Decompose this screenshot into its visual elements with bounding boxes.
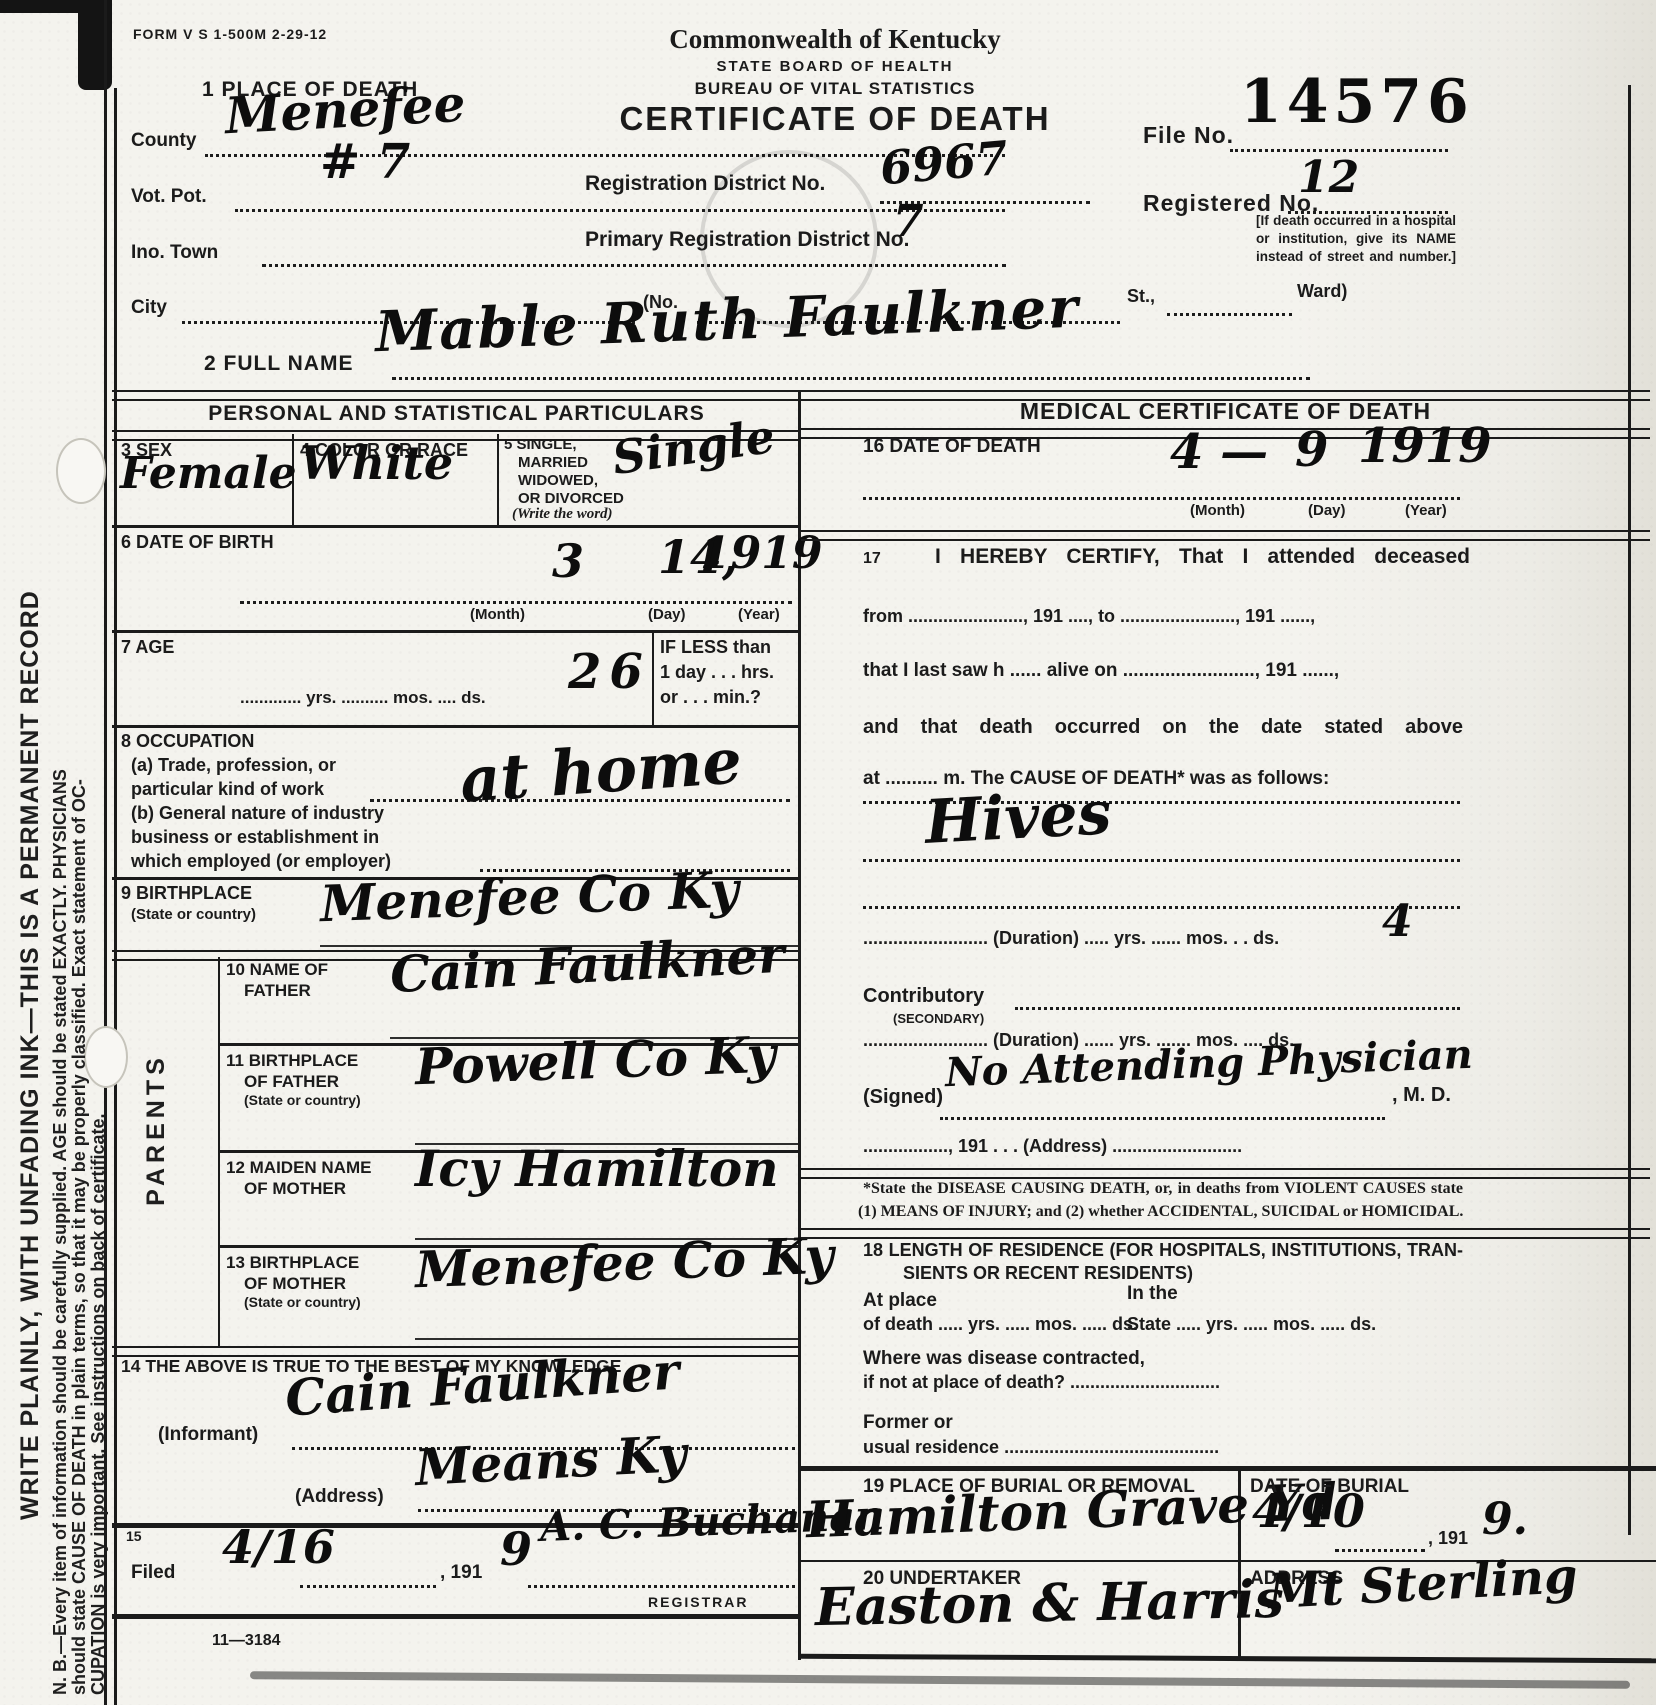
dod-day-label: (Day) — [1308, 502, 1346, 519]
inc-town-label: Ino. Town — [131, 242, 218, 264]
dotted-leader — [1015, 1006, 1460, 1010]
mother-maiden-label-1: 12 MAIDEN NAME — [226, 1158, 371, 1178]
dob-month-label: (Month) — [470, 606, 525, 623]
last-saw-alive-line: that I last saw h ...... alive on ......… — [863, 660, 1339, 682]
hospital-note: [If death occurred in a hospital or inst… — [1256, 212, 1456, 267]
birthplace-label: 9 BIRTHPLACE — [121, 883, 252, 904]
birthplace-value: Menefee Co Ky — [319, 865, 739, 930]
informant-label: (Informant) — [158, 1424, 258, 1446]
mother-birthplace-sublabel: (State or country) — [244, 1294, 361, 1310]
mother-maiden-label-2: OF MOTHER — [244, 1179, 346, 1199]
ifless-line2: 1 day . . . hrs. — [660, 662, 774, 683]
age-days-value: 26 — [568, 648, 651, 696]
occupation-a2: particular kind of work — [131, 779, 324, 800]
marital-label-1: 5 SINGLE, — [504, 436, 577, 453]
age-line: ............. yrs. .......... mos. .... … — [240, 688, 486, 708]
death-certificate-page: WRITE PLAINLY, WITH UNFADING INK—THIS IS… — [0, 0, 1656, 1705]
ifless-line1: IF LESS than — [660, 637, 771, 658]
section-divider — [801, 1228, 1650, 1239]
mother-maiden-value: Icy Hamilton — [415, 1144, 779, 1194]
dob-label: 6 DATE OF BIRTH — [121, 532, 274, 553]
date-address-line: ................., 191 . . . (Address) .… — [863, 1136, 1242, 1157]
form-print-number: 11—3184 — [212, 1632, 281, 1650]
street-label: St., — [1127, 286, 1155, 307]
dotted-leader — [1335, 1548, 1425, 1552]
dotted-leader — [262, 263, 1006, 267]
footnote-line1: *State the DISEASE CAUSING DEATH, or, in… — [863, 1180, 1463, 1198]
registration-district-value: 6967 — [878, 135, 1010, 192]
county-value: Menefee — [224, 79, 467, 142]
registration-district-label: Registration District No. — [585, 172, 825, 196]
right-edge-rule — [1628, 85, 1631, 1535]
row-rule — [112, 525, 798, 528]
certify-line: I HEREBY CERTIFY, That I attended deceas… — [935, 545, 1470, 569]
ifless-line3: or . . . min.? — [660, 687, 761, 708]
md-label: , M. D. — [1392, 1084, 1451, 1107]
dotted-leader — [392, 376, 1310, 380]
margin-note-line2: should state CAUSE OF DEATH in plain ter… — [69, 40, 90, 1695]
precinct-label: Vot. Pot. — [131, 186, 207, 208]
margin-note-permanent-record: WRITE PLAINLY, WITH UNFADING INK—THIS IS… — [16, 160, 45, 1520]
occupation-b2: business or establishment in — [131, 827, 379, 848]
father-name-value: Cain Faulkner — [389, 930, 786, 1001]
date-of-death-year: 1919 — [1358, 422, 1492, 470]
registered-no-value: 12 — [1298, 156, 1359, 200]
mother-birthplace-value: Menefee Co Ky — [414, 1231, 834, 1296]
marital-label-2: MARRIED — [518, 454, 588, 471]
dotted-leader — [863, 905, 1460, 909]
father-birthplace-sublabel: (State or country) — [244, 1092, 361, 1108]
undertaker-address-value: Mt Sterling — [1267, 1552, 1579, 1616]
dob-day-label: (Day) — [648, 606, 686, 623]
ward-label: Ward) — [1297, 281, 1347, 302]
section-divider — [801, 1466, 1656, 1471]
former-residence-line2: usual residence ........................… — [863, 1437, 1219, 1458]
in-state-line: State ..... yrs. ..... mos. ..... ds. — [1127, 1314, 1376, 1335]
filed-year-prefix: , 191 — [440, 1562, 482, 1584]
dotted-leader — [300, 1584, 436, 1588]
bureau-title: BUREAU OF VITAL STATISTICS — [585, 79, 1085, 99]
bottom-rule — [112, 1614, 800, 1619]
cell-divider — [652, 630, 654, 725]
attended-from-line: from ......................., 191 ...., … — [863, 606, 1315, 627]
cell-divider — [497, 434, 499, 525]
state-board-title: STATE BOARD OF HEALTH — [585, 58, 1085, 75]
footnote-line2: (1) MEANS OF INJURY; and (2) whether ACC… — [858, 1203, 1463, 1221]
dob-month-value: 3 — [552, 538, 584, 584]
occupation-a1: (a) Trade, profession, or — [131, 755, 336, 776]
filed-label: Filed — [131, 1562, 175, 1584]
disease-contracted-line2: if not at place of death? ..............… — [863, 1372, 1220, 1393]
left-border-rule-inner — [114, 88, 117, 1705]
margin-note-line1: N. B.—Every item of information should b… — [50, 40, 71, 1695]
father-name-label-1: 10 NAME OF — [226, 960, 328, 980]
marital-label-4: OR DIVORCED — [518, 490, 624, 507]
row-rule — [112, 630, 798, 633]
precinct-value: # 7 — [320, 138, 410, 186]
form-number-line: FORM V S 1-500M 2-29-12 — [133, 26, 327, 42]
disease-contracted-line1: Where was disease contracted, — [863, 1348, 1145, 1370]
file-no-value: 14576 — [1240, 72, 1474, 132]
residence-title-line2: SIENTS OR RECENT RESIDENTS) — [903, 1263, 1193, 1284]
informant-address-value: Means Ky — [414, 1429, 688, 1493]
duration-line: ......................... (Duration) ...… — [863, 928, 1279, 949]
item-15-number: 15 — [126, 1528, 142, 1544]
occupation-b3: which employed (or employer) — [131, 851, 391, 872]
former-residence-line1: Former or — [863, 1412, 953, 1434]
in-the-label: In the — [1127, 1283, 1178, 1305]
father-birthplace-value: Powell Co Ky — [414, 1030, 776, 1093]
residence-title-line1: 18 LENGTH OF RESIDENCE (FOR HOSPITALS, I… — [863, 1240, 1463, 1261]
occupation-b1: (b) General nature of industry — [131, 803, 384, 824]
duration-days-value: 4 — [1382, 900, 1413, 944]
dotted-leader — [863, 496, 1460, 500]
cause-of-death-value: Hives — [924, 783, 1113, 853]
section-divider — [801, 530, 1650, 541]
burial-date-value: 4/10 — [1252, 1488, 1365, 1534]
undertaker-value: Easton & Harris — [815, 1574, 1285, 1634]
signed-label: (Signed) — [863, 1086, 943, 1109]
marital-label-3: WIDOWED, — [518, 472, 598, 489]
burial-year-digit: 9. — [1482, 1498, 1528, 1542]
dotted-leader — [235, 208, 1005, 212]
death-occurred-line: and that death occurred on the date stat… — [863, 716, 1463, 739]
dotted-leader — [1167, 312, 1292, 316]
county-label: County — [131, 130, 196, 152]
marital-label-5: (Write the word) — [512, 506, 613, 523]
dotted-leader — [528, 1584, 795, 1588]
section-divider — [801, 1168, 1650, 1179]
race-value: White — [300, 440, 453, 486]
date-of-death-label: 16 DATE OF DEATH — [863, 436, 1041, 458]
registrar-label: REGISTRAR — [648, 1594, 748, 1610]
age-label: 7 AGE — [121, 637, 174, 658]
signature-baseline — [415, 1338, 798, 1340]
at-place-line: of death ..... yrs. ..... mos. ..... ds. — [863, 1314, 1138, 1335]
occupation-value: at home — [458, 730, 744, 812]
mother-birthplace-label-2: OF MOTHER — [244, 1274, 346, 1294]
primary-district-label: Primary Registration District No. — [585, 228, 909, 252]
dod-year-label: (Year) — [1405, 502, 1447, 519]
contributory-label: Contributory — [863, 985, 984, 1008]
city-label: City — [131, 297, 167, 319]
dod-month-label: (Month) — [1190, 502, 1245, 519]
birthplace-sublabel: (State or country) — [131, 906, 256, 923]
father-birthplace-label-1: 11 BIRTHPLACE — [226, 1051, 358, 1071]
informant-address-label: (Address) — [295, 1486, 384, 1508]
filed-date-value: 4/16 — [222, 1524, 335, 1570]
primary-district-value: 7 — [893, 200, 924, 244]
burial-year-prefix: , 191 — [1428, 1528, 1468, 1549]
dotted-leader — [240, 600, 792, 604]
sex-value: Female — [120, 452, 297, 496]
filed-year-digit: 9 — [500, 1526, 532, 1572]
certificate-title: CERTIFICATE OF DEATH — [585, 100, 1085, 138]
date-of-death-day: 9 — [1295, 426, 1328, 474]
occupation-label: 8 OCCUPATION — [121, 731, 254, 752]
date-of-death-month: 4 — — [1170, 428, 1268, 476]
dob-year-label: (Year) — [738, 606, 780, 623]
dotted-leader — [940, 1116, 1385, 1120]
father-birthplace-label-2: OF FATHER — [244, 1072, 339, 1092]
secondary-label: (SECONDARY) — [893, 1012, 984, 1027]
file-no-label: File No. — [1143, 122, 1234, 148]
father-name-label-2: FATHER — [244, 981, 311, 1001]
margin-note-line3: CUPATION is very important. See instruct… — [88, 40, 109, 1695]
mother-birthplace-label-1: 13 BIRTHPLACE — [226, 1253, 359, 1273]
parents-label: PARENTS — [142, 957, 171, 1302]
full-name-value: Mable Ruth Faulkner — [374, 280, 1080, 361]
bottom-rule — [801, 1654, 1656, 1663]
at-place-label: At place — [863, 1290, 937, 1312]
commonwealth-title: Commonwealth of Kentucky — [585, 24, 1085, 55]
item-17-number: 17 — [863, 550, 881, 568]
full-name-label: 2 FULL NAME — [204, 352, 353, 376]
scan-artifact — [250, 1671, 1630, 1689]
medical-section-title: MEDICAL CERTIFICATE OF DEATH — [801, 398, 1650, 424]
dotted-leader — [863, 858, 1460, 862]
